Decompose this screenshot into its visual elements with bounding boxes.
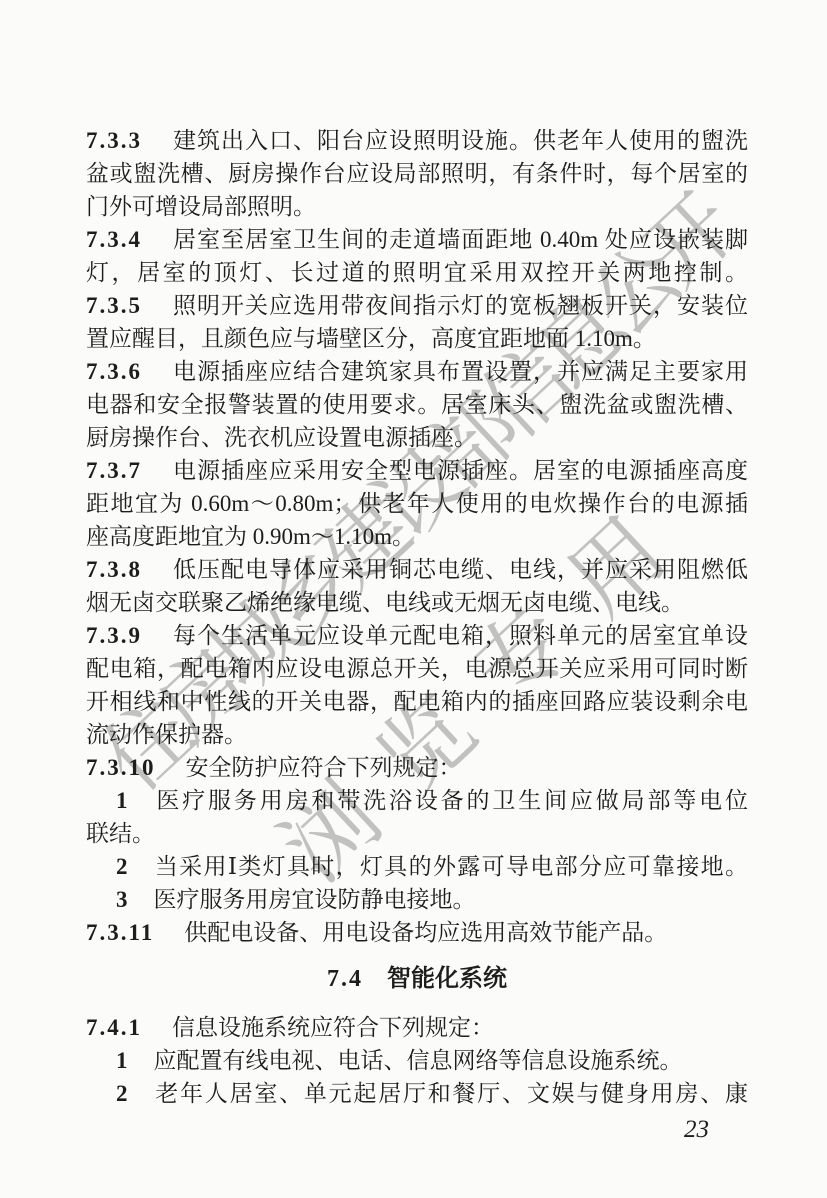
clause-number: 7.3.6: [86, 359, 142, 384]
line-text: 电源插座应采用安全型电源插座。居室的电源插座高度: [172, 458, 748, 483]
text-line: 厨房操作台、洗衣机应设置电源插座。: [86, 421, 748, 454]
line-text: 居室至居室卫生间的走道墙面距地 0.40m 处应设嵌装脚: [172, 227, 748, 252]
clause-number: 7.3.5: [86, 293, 142, 318]
text-line: 灯，居室的顶灯、长过道的照明宜采用双控开关两地控制。: [86, 256, 748, 289]
clause-line: 3医疗服务用房宜设防静电接地。: [86, 883, 748, 916]
clause-number: 7.3.4: [86, 227, 142, 252]
clause-number: 3: [116, 887, 128, 912]
line-text: 厨房操作台、洗衣机应设置电源插座。: [86, 425, 477, 450]
clause-line: 2当采用Ⅰ类灯具时，灯具的外露可导电部分应可靠接地。: [86, 850, 748, 883]
page-number: 23: [684, 1116, 709, 1144]
line-text: 安全防护应符合下列规定：: [186, 755, 462, 780]
section-heading: 7.4智能化系统: [86, 959, 748, 999]
clause-line: 7.3.6电源插座应结合建筑家具布置设置，并应满足主要家用: [86, 355, 748, 388]
document-page: 住房城乡建设部信息公开 浏览专用 7.3.3建筑出入口、阳台应设照明设施。供老年…: [0, 0, 827, 1198]
line-text: 电源插座应结合建筑家具布置设置，并应满足主要家用: [172, 359, 748, 384]
clause-line: 7.3.7电源插座应采用安全型电源插座。居室的电源插座高度: [86, 454, 748, 487]
line-text: 建筑出入口、阳台应设照明设施。供老年人使用的盥洗: [172, 128, 748, 153]
clause-line: 7.3.3建筑出入口、阳台应设照明设施。供老年人使用的盥洗: [86, 124, 748, 157]
clause-number: 7.3.8: [86, 557, 142, 582]
clause-number: 1: [116, 1048, 128, 1073]
line-text: 信息设施系统应符合下列规定：: [172, 1015, 494, 1040]
clause-line: 7.4.1信息设施系统应符合下列规定：: [86, 1011, 748, 1044]
clause-line: 7.3.11供配电设备、用电设备均应选用高效节能产品。: [86, 916, 748, 949]
line-text: 置应醒目，且颜色应与墙壁区分，高度宜距地面 1.10m。: [86, 326, 656, 351]
line-text: 老年人居室、单元起居厅和餐厅、文娱与健身用房、康: [154, 1081, 749, 1106]
text-line: 座高度距地宜为 0.90m～1.10m。: [86, 520, 748, 553]
line-text: 供配电设备、用电设备均应选用高效节能产品。: [184, 920, 667, 945]
clause-line: 2老年人居室、单元起居厅和餐厅、文娱与健身用房、康: [86, 1077, 748, 1110]
clause-line: 7.3.9每个生活单元应设单元配电箱，照料单元的居室宜单设: [86, 619, 748, 652]
clause-number: 7.3.11: [86, 920, 154, 945]
clause-line: 7.3.8低压配电导体应采用铜芯电缆、电线，并应采用阻燃低: [86, 553, 748, 586]
clause-number: 7.3.10: [86, 755, 156, 780]
line-text: 照明开关应选用带夜间指示灯的宽板翘板开关，安装位: [172, 293, 748, 318]
line-text: 距地宜为 0.60m～0.80m；供老年人使用的电炊操作台的电源插: [86, 491, 748, 516]
document-body: 7.3.3建筑出入口、阳台应设照明设施。供老年人使用的盥洗盆或盥洗槽、厨房操作台…: [86, 124, 748, 1110]
section-heading-number: 7.4: [327, 966, 363, 992]
text-line: 开相线和中性线的开关电器，配电箱内的插座回路应装设剩余电: [86, 685, 748, 718]
clause-line: 7.3.4居室至居室卫生间的走道墙面距地 0.40m 处应设嵌装脚: [86, 223, 748, 256]
line-text: 烟无卤交联聚乙烯绝缘电缆、电线或无烟无卤电缆、电线。: [86, 590, 684, 615]
line-text: 低压配电导体应采用铜芯电缆、电线，并应采用阻燃低: [172, 557, 748, 582]
clause-number: 2: [116, 854, 128, 879]
text-line: 距地宜为 0.60m～0.80m；供老年人使用的电炊操作台的电源插: [86, 487, 748, 520]
line-text: 流动作保护器。: [86, 722, 247, 747]
text-line: 配电箱，配电箱内应设电源总开关，电源总开关应采用可同时断: [86, 652, 748, 685]
clause-number: 1: [116, 788, 128, 813]
line-text: 联结。: [86, 821, 155, 846]
text-line: 烟无卤交联聚乙烯绝缘电缆、电线或无烟无卤电缆、电线。: [86, 586, 748, 619]
line-text: 医疗服务用房宜设防静电接地。: [154, 887, 476, 912]
clause-number: 7.3.9: [86, 623, 142, 648]
line-text: 灯，居室的顶灯、长过道的照明宜采用双控开关两地控制。: [86, 260, 748, 285]
clause-number: 7.4.1: [86, 1015, 142, 1040]
clause-line: 1应配置有线电视、电话、信息网络等信息设施系统。: [86, 1044, 748, 1077]
text-line: 门外可增设局部照明。: [86, 190, 748, 223]
text-line: 流动作保护器。: [86, 718, 748, 751]
text-line: 电器和安全报警装置的使用要求。居室床头、盥洗盆或盥洗槽、: [86, 388, 748, 421]
clause-number: 7.3.3: [86, 128, 142, 153]
clause-number: 7.3.7: [86, 458, 142, 483]
line-text: 当采用Ⅰ类灯具时，灯具的外露可导电部分应可靠接地。: [154, 854, 749, 879]
line-text: 电器和安全报警装置的使用要求。居室床头、盥洗盆或盥洗槽、: [86, 392, 748, 417]
text-line: 盆或盥洗槽、厨房操作台应设局部照明，有条件时，每个居室的: [86, 157, 748, 190]
text-line: 联结。: [86, 817, 748, 850]
section-heading-title: 智能化系统: [387, 966, 507, 992]
clause-line: 7.3.5照明开关应选用带夜间指示灯的宽板翘板开关，安装位: [86, 289, 748, 322]
line-text: 座高度距地宜为 0.90m～1.10m。: [86, 524, 415, 549]
line-text: 开相线和中性线的开关电器，配电箱内的插座回路应装设剩余电: [86, 689, 748, 714]
clause-number: 2: [116, 1081, 128, 1106]
clause-line: 7.3.10安全防护应符合下列规定：: [86, 751, 748, 784]
clause-line: 1医疗服务用房和带洗浴设备的卫生间应做局部等电位: [86, 784, 748, 817]
text-line: 置应醒目，且颜色应与墙壁区分，高度宜距地面 1.10m。: [86, 322, 748, 355]
line-text: 配电箱，配电箱内应设电源总开关，电源总开关应采用可同时断: [86, 656, 748, 681]
line-text: 门外可增设局部照明。: [86, 194, 316, 219]
line-text: 应配置有线电视、电话、信息网络等信息设施系统。: [154, 1048, 683, 1073]
line-text: 盆或盥洗槽、厨房操作台应设局部照明，有条件时，每个居室的: [86, 161, 748, 186]
line-text: 每个生活单元应设单元配电箱，照料单元的居室宜单设: [172, 623, 748, 648]
line-text: 医疗服务用房和带洗浴设备的卫生间应做局部等电位: [154, 788, 749, 813]
